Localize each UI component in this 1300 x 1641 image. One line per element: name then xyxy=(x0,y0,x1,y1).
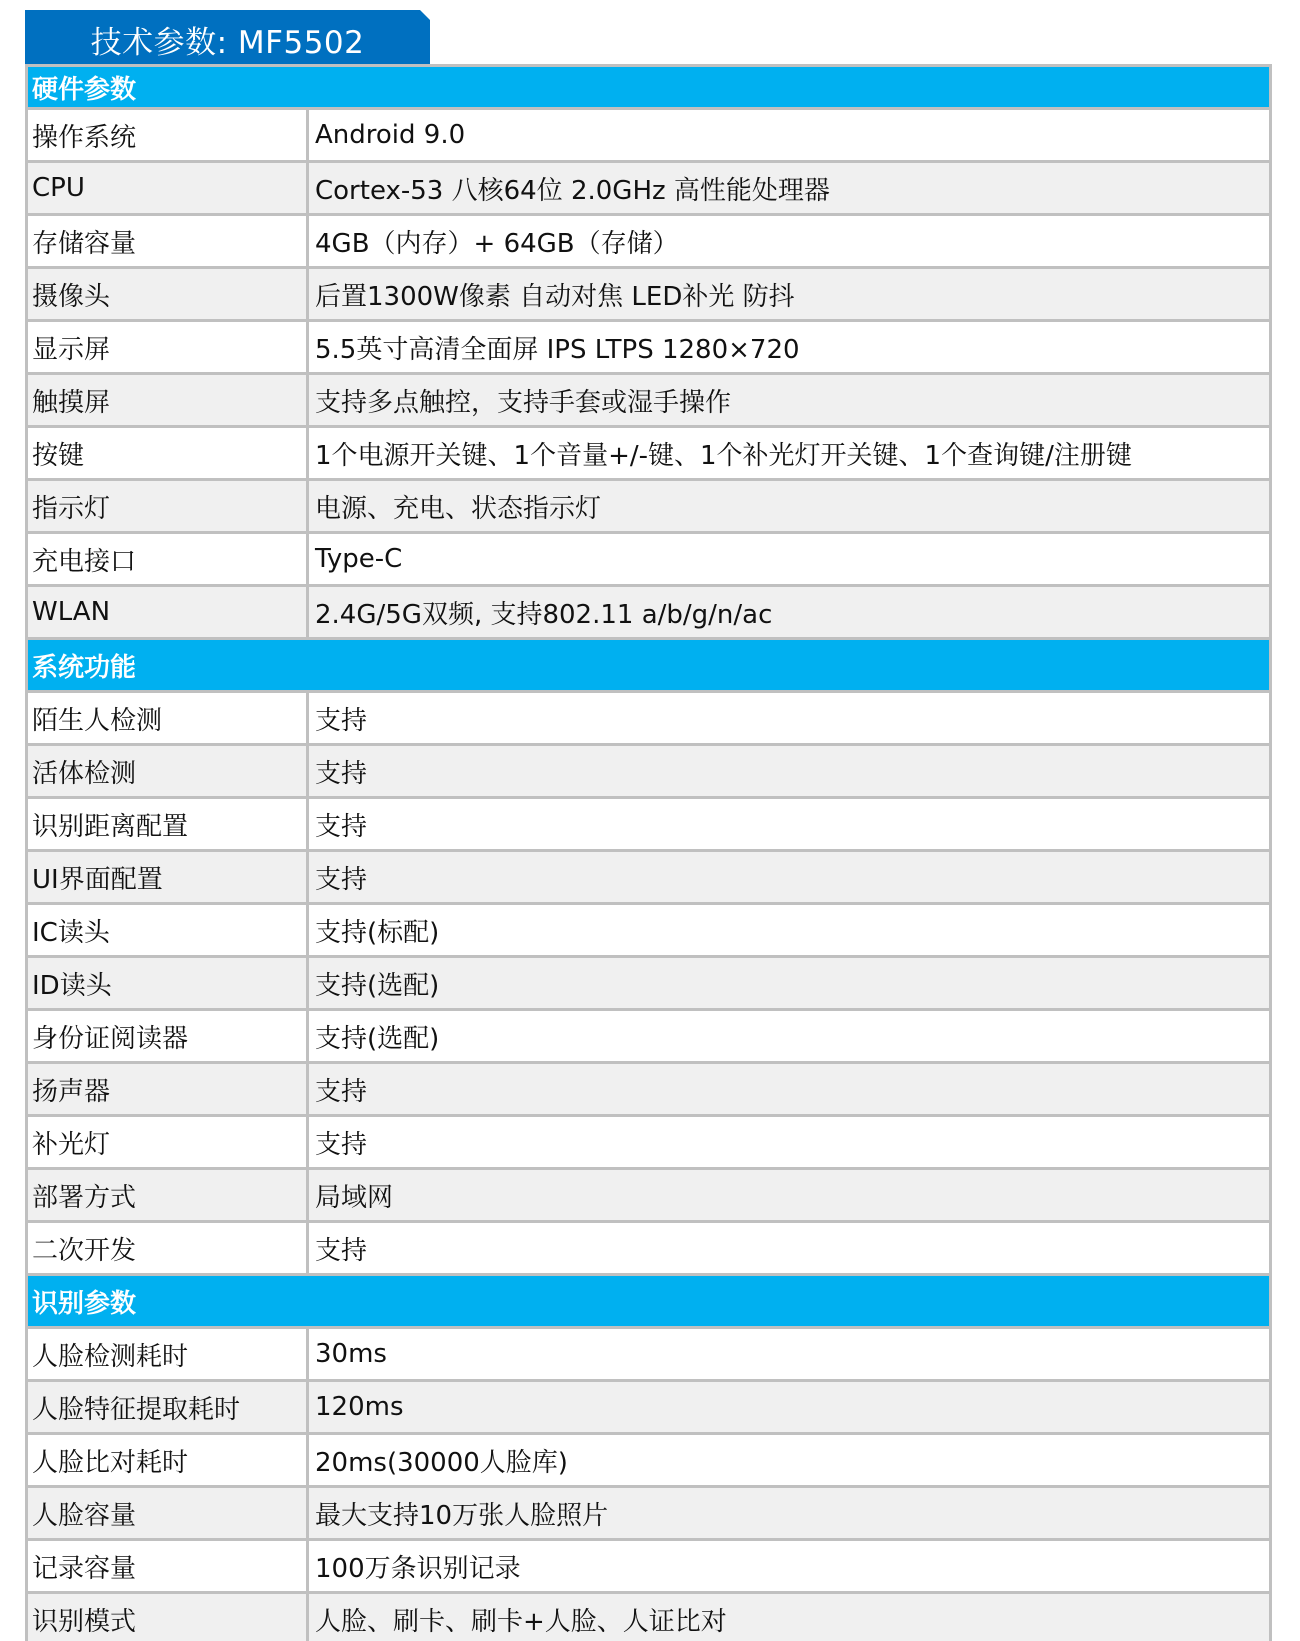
row-value: 120ms xyxy=(309,1382,1269,1432)
table-row: ID读头支持(选配) xyxy=(28,958,1269,1008)
row-label: 扬声器 xyxy=(28,1064,306,1114)
row-value: 最大支持10万张人脸照片 xyxy=(309,1488,1269,1538)
row-label: 识别模式 xyxy=(28,1594,306,1641)
row-value: Cortex-53 八核64位 2.0GHz 高性能处理器 xyxy=(309,163,1269,213)
row-value: 1个电源开关键、1个音量+/-键、1个补光灯开关键、1个查询键/注册键 xyxy=(309,428,1269,478)
row-label: 存储容量 xyxy=(28,216,306,266)
row-label: 身份证阅读器 xyxy=(28,1011,306,1061)
row-value: 2.4G/5G双频, 支持802.11 a/b/g/n/ac xyxy=(309,587,1269,637)
table-row: IC读头支持(标配) xyxy=(28,905,1269,955)
row-value: 100万条识别记录 xyxy=(309,1541,1269,1591)
table-row: 按键1个电源开关键、1个音量+/-键、1个补光灯开关键、1个查询键/注册键 xyxy=(28,428,1269,478)
section-header-system: 系统功能 xyxy=(28,640,1269,690)
table-row: CPUCortex-53 八核64位 2.0GHz 高性能处理器 xyxy=(28,163,1269,213)
row-label: 人脸容量 xyxy=(28,1488,306,1538)
row-label: 识别距离配置 xyxy=(28,799,306,849)
row-label: 充电接口 xyxy=(28,534,306,584)
page-title: 技术参数: MF5502 xyxy=(91,13,365,62)
table-row: 显示屏5.5英寸高清全面屏 IPS LTPS 1280×720 xyxy=(28,322,1269,372)
table-row: 操作系统Android 9.0 xyxy=(28,110,1269,160)
row-label: 按键 xyxy=(28,428,306,478)
row-label: 人脸比对耗时 xyxy=(28,1435,306,1485)
table-row: 身份证阅读器支持(选配) xyxy=(28,1011,1269,1061)
table-row: 陌生人检测支持 xyxy=(28,693,1269,743)
table-row: 指示灯电源、充电、状态指示灯 xyxy=(28,481,1269,531)
row-label: 触摸屏 xyxy=(28,375,306,425)
row-label: 部署方式 xyxy=(28,1170,306,1220)
row-label: 人脸检测耗时 xyxy=(28,1329,306,1379)
row-value: 支持 xyxy=(309,1223,1269,1273)
table-row: 扬声器支持 xyxy=(28,1064,1269,1114)
table-row: 活体检测支持 xyxy=(28,746,1269,796)
table-row: UI界面配置支持 xyxy=(28,852,1269,902)
row-label: WLAN xyxy=(28,587,306,637)
table-row: 充电接口Type-C xyxy=(28,534,1269,584)
row-value: 4GB（内存）+ 64GB（存储） xyxy=(309,216,1269,266)
row-value: 支持(选配) xyxy=(309,1011,1269,1061)
row-value: 支持 xyxy=(309,799,1269,849)
row-label: 显示屏 xyxy=(28,322,306,372)
row-value: 支持 xyxy=(309,693,1269,743)
row-value: 支持多点触控，支持手套或湿手操作 xyxy=(309,375,1269,425)
row-label: CPU xyxy=(28,163,306,213)
table-row: 人脸特征提取耗时120ms xyxy=(28,1382,1269,1432)
row-value: 局域网 xyxy=(309,1170,1269,1220)
table-row: 记录容量100万条识别记录 xyxy=(28,1541,1269,1591)
spec-title-tab: 技术参数: MF5502 xyxy=(25,10,430,64)
spec-table: 硬件参数 操作系统Android 9.0 CPUCortex-53 八核64位 … xyxy=(25,64,1272,1641)
row-value: 电源、充电、状态指示灯 xyxy=(309,481,1269,531)
row-value: 后置1300W像素 自动对焦 LED补光 防抖 xyxy=(309,269,1269,319)
row-value: 支持 xyxy=(309,746,1269,796)
row-label: 摄像头 xyxy=(28,269,306,319)
row-label: 陌生人检测 xyxy=(28,693,306,743)
table-row: 部署方式局域网 xyxy=(28,1170,1269,1220)
row-value: 支持 xyxy=(309,1117,1269,1167)
row-label: ID读头 xyxy=(28,958,306,1008)
section-header-hardware: 硬件参数 xyxy=(28,67,1269,107)
row-label: 操作系统 xyxy=(28,110,306,160)
table-row: 存储容量4GB（内存）+ 64GB（存储） xyxy=(28,216,1269,266)
row-value: 支持(选配) xyxy=(309,958,1269,1008)
row-value: 5.5英寸高清全面屏 IPS LTPS 1280×720 xyxy=(309,322,1269,372)
table-row: 触摸屏支持多点触控，支持手套或湿手操作 xyxy=(28,375,1269,425)
row-value: 支持(标配) xyxy=(309,905,1269,955)
row-label: 二次开发 xyxy=(28,1223,306,1273)
row-label: 人脸特征提取耗时 xyxy=(28,1382,306,1432)
row-label: 记录容量 xyxy=(28,1541,306,1591)
table-row: 补光灯支持 xyxy=(28,1117,1269,1167)
row-value: Android 9.0 xyxy=(309,110,1269,160)
row-value: 支持 xyxy=(309,1064,1269,1114)
row-label: IC读头 xyxy=(28,905,306,955)
table-row: 人脸容量最大支持10万张人脸照片 xyxy=(28,1488,1269,1538)
row-label: UI界面配置 xyxy=(28,852,306,902)
table-row: 二次开发支持 xyxy=(28,1223,1269,1273)
row-label: 活体检测 xyxy=(28,746,306,796)
row-value: 支持 xyxy=(309,852,1269,902)
table-row: 识别距离配置支持 xyxy=(28,799,1269,849)
row-value: 人脸、刷卡、刷卡+人脸、人证比对 xyxy=(309,1594,1269,1641)
row-value: 20ms(30000人脸库) xyxy=(309,1435,1269,1485)
row-label: 补光灯 xyxy=(28,1117,306,1167)
row-value: 30ms xyxy=(309,1329,1269,1379)
table-row: 摄像头后置1300W像素 自动对焦 LED补光 防抖 xyxy=(28,269,1269,319)
row-label: 指示灯 xyxy=(28,481,306,531)
table-row: WLAN2.4G/5G双频, 支持802.11 a/b/g/n/ac xyxy=(28,587,1269,637)
row-value: Type-C xyxy=(309,534,1269,584)
section-header-recognition: 识别参数 xyxy=(28,1276,1269,1326)
table-row: 识别模式人脸、刷卡、刷卡+人脸、人证比对 xyxy=(28,1594,1269,1641)
table-row: 人脸检测耗时30ms xyxy=(28,1329,1269,1379)
table-row: 人脸比对耗时20ms(30000人脸库) xyxy=(28,1435,1269,1485)
